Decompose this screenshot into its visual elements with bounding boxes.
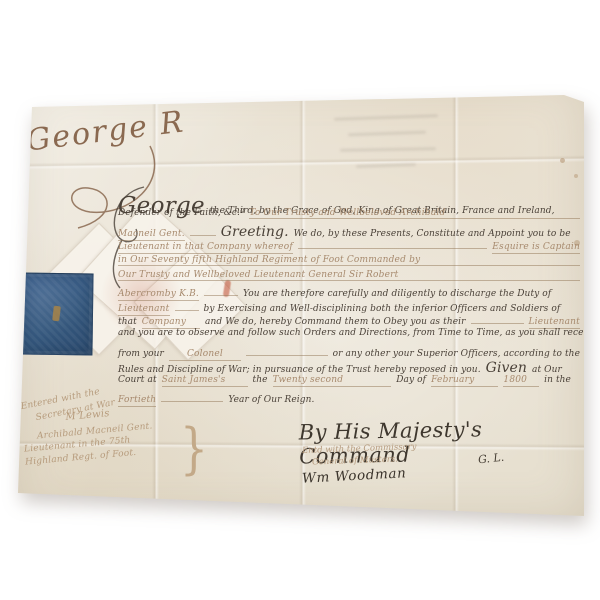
- ruled-blank: [246, 345, 328, 356]
- foxing-spot: [574, 174, 578, 178]
- body-line-6: Our Trusty and Wellbeloved Lieutenant Ge…: [118, 270, 580, 283]
- manuscript-text: Our Trusty and Wellbeloved Lieutenant Ge…: [118, 270, 580, 281]
- commission-document: George R George t: [18, 80, 584, 518]
- body-text: or any other your Superior Officers, acc…: [333, 349, 580, 359]
- parchment: George R George t: [18, 80, 584, 518]
- body-word-given: Given: [486, 360, 527, 376]
- secretary-signature: G. L.: [477, 451, 504, 467]
- body-text: You are therefore carefully and diligent…: [243, 289, 551, 299]
- docket-brace: }: [180, 418, 208, 482]
- manuscript-text: in Our Seventy fifth Highland Regiment o…: [118, 255, 580, 266]
- body-text: that: [118, 317, 137, 327]
- manuscript-text: To Our Trusty and Wellbeloved Archibald: [249, 208, 580, 219]
- body-line-10: and you are to observe and follow such O…: [118, 328, 580, 341]
- body-line-8: Lieutenant by Exercising and Well-discip…: [118, 300, 580, 313]
- body-text: Year of Our Reign.: [228, 395, 314, 405]
- body-line-11: from your Colonel or any other your Supe…: [118, 345, 580, 358]
- manuscript-text: February: [431, 375, 498, 387]
- body-line-5: in Our Seventy fifth Highland Regiment o…: [118, 255, 580, 268]
- photograph-background: George R George t: [0, 0, 600, 600]
- line-spacer: [319, 393, 580, 402]
- manuscript-text: Twenty second: [273, 375, 392, 387]
- ruled-blank: [190, 225, 216, 236]
- body-line-9: that Company and We do, hereby Command t…: [118, 313, 580, 326]
- manuscript-text: Lieutenant in that Company whereof: [118, 242, 293, 254]
- body-text: from your: [118, 349, 164, 359]
- manuscript-text: Esquire is Captain: [492, 242, 580, 254]
- revenue-stamp: [20, 273, 93, 356]
- ruled-blank: [471, 313, 524, 324]
- body-text: and you are to observe and follow such O…: [118, 328, 597, 338]
- body-text: Defender of the Faith, &c.ª: [118, 208, 244, 218]
- body-line-1: George the Third, by the Grace of God, K…: [118, 193, 580, 206]
- foxing-spot: [560, 158, 565, 163]
- body-text: and We do, hereby Command them to Obey y…: [205, 317, 465, 327]
- body-line-4: Lieutenant in that Company whereof Esqui…: [118, 238, 580, 251]
- manuscript-text: 1800: [503, 375, 539, 387]
- body-text: Day of: [396, 375, 426, 385]
- body-text: the: [253, 375, 268, 385]
- body-line-7: Abercromby K.B. You are therefore carefu…: [118, 285, 580, 298]
- stamp-cipher-mark: [52, 306, 61, 322]
- ruled-blank: [298, 238, 487, 249]
- body-text: at Our: [532, 365, 562, 375]
- body-text: in the: [544, 375, 571, 385]
- body-line-2: Defender of the Faith, &c.ª To Our Trust…: [118, 208, 580, 221]
- body-line-3: Macneil Gent. Greeting. We do, by these …: [118, 224, 580, 237]
- ruled-blank: [204, 285, 238, 296]
- ruled-blank: [175, 300, 199, 311]
